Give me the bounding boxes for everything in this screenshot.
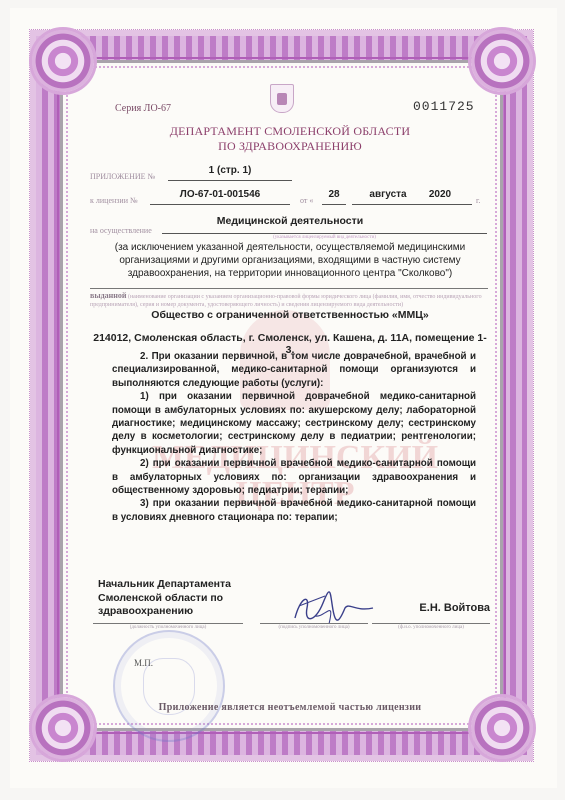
form-number: 0011725 [413,99,475,114]
license-year-suffix: г. [476,196,480,205]
position-underline [93,623,243,624]
caption-name: (ф.и.о. уполномоченного лица) [372,625,490,630]
document-content: МЕДИЦИНСКИЙ ЦЕНТР Серия ЛО-67 0011725 ДЕ… [0,0,565,800]
activity-caption: (указывается лицензируемый вид деятельно… [162,235,487,240]
issued-block: выданной (наименование организации с ука… [90,292,488,309]
issued-caption: (наименование организации с указанием ор… [90,294,482,308]
activity-type: Медицинской деятельности [140,215,440,227]
license-month-underline [352,204,472,205]
appendix-number: 1 (стр. 1) [168,165,292,176]
activity-label: на осуществление [90,226,152,235]
caption-signature: (подпись уполномоченного лица) [260,625,368,630]
license-date-label: от « [300,196,313,205]
footer-note: Приложение является неотъемлемой частью … [100,702,480,713]
license-number: ЛО-67-01-001546 [150,189,290,200]
issued-label: выданной [90,291,126,300]
services-paragraph: 2) при оказании первичной врачебной меди… [112,457,476,497]
department-title-line2: ПО ЗДРАВООХРАНЕНИЮ [100,139,480,154]
license-underline [150,204,290,205]
services-list: 2. При оказании первичной, в том числе д… [112,350,476,524]
services-paragraph: 2. При оказании первичной, в том числе д… [112,350,476,390]
series-label: Серия ЛО-67 [115,103,171,114]
license-day-underline [322,204,346,205]
signature-underline [260,623,368,624]
license-day: 28 [322,189,346,200]
activity-exclusion: (за исключением указанной деятельности, … [100,241,480,280]
license-label: к лицензии № [90,196,138,205]
stamp-label: М.П. [134,658,153,668]
services-paragraph: 1) при оказании первичной доврачебной ме… [112,390,476,457]
coat-of-arms-icon [270,84,294,113]
signatory-name: Е.Н. Войтова [398,602,490,614]
department-title-line1: ДЕПАРТАМЕНТ СМОЛЕНСКОЙ ОБЛАСТИ [100,124,480,139]
organization-name: Общество с ограниченной ответственностью… [90,309,490,321]
activity-underline [162,233,487,234]
license-year: 2020 [420,189,460,200]
signatory-position: Начальник Департамента Смоленской област… [98,578,273,619]
official-stamp [113,630,225,742]
appendix-label: ПРИЛОЖЕНИЕ № [90,172,155,181]
services-paragraph: 3) при оказании первичной врачебной меди… [112,497,476,524]
license-month: августа [358,189,418,200]
issued-separator [90,288,488,289]
signature-icon [285,588,375,628]
name-underline [372,623,490,624]
appendix-underline [168,180,292,181]
